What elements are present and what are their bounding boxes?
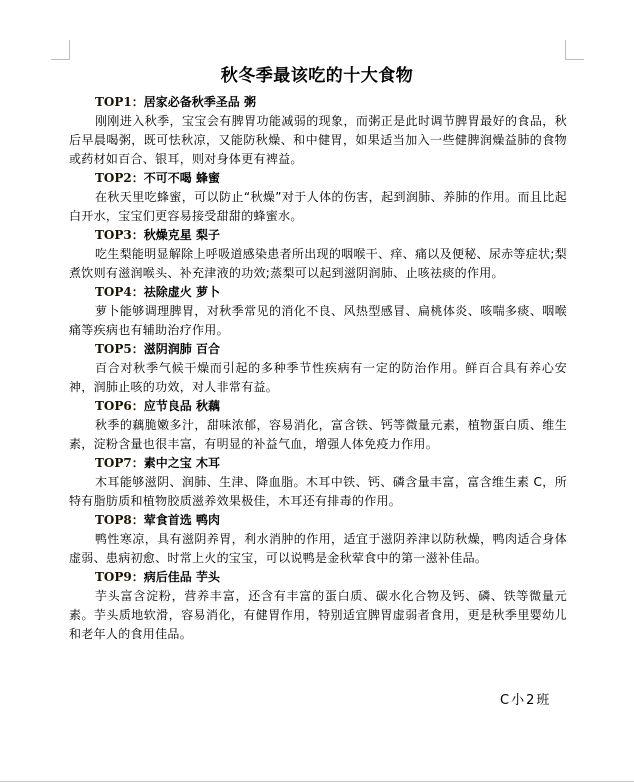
- section-heading: TOP9：病后佳品 芋头: [69, 568, 567, 587]
- section-top4: TOP4：祛除虚火 萝卜 萝卜能够调理脾胃，对秋季常见的消化不良、风热型感冒、扁…: [69, 283, 567, 340]
- section-top8: TOP8：荤食首选 鸭肉 鸭性寒凉，具有滋阴养胃，利水消肿的作用，适宜于滋阴养津…: [69, 511, 567, 568]
- heading-text: 滋阴润肺 百合: [144, 342, 220, 356]
- rank-label: TOP3：: [95, 228, 144, 242]
- rank-label: TOP8：: [95, 513, 144, 527]
- section-heading: TOP1：居家必备秋季圣品 粥: [69, 93, 567, 112]
- heading-text: 祛除虚火 萝卜: [144, 285, 220, 299]
- section-paragraph: 鸭性寒凉，具有滋阴养胃，利水消肿的作用，适宜于滋阴养津以防秋燥，鸭肉适合身体虚弱…: [69, 530, 567, 568]
- section-top7: TOP7：素中之宝 木耳 木耳能够滋阴、润肺、生津、降血脂。木耳中铁、钙、磷含量…: [69, 454, 567, 511]
- section-top2: TOP2：不可不喝 蜂蜜 在秋天里吃蜂蜜，可以防止“秋燥”对于人体的伤害，起到润…: [69, 169, 567, 226]
- section-paragraph: 秋季的藕脆嫩多汁，甜味浓郁，容易消化，富含铁、钙等微量元素，植物蛋白质、维生素，…: [69, 416, 567, 454]
- rank-label: TOP9：: [95, 570, 144, 584]
- section-paragraph: 萝卜能够调理脾胃，对秋季常见的消化不良、风热型感冒、扁桃体炎、咳喘多痰、咽喉痛等…: [69, 302, 567, 340]
- section-heading: TOP4：祛除虚火 萝卜: [69, 283, 567, 302]
- section-heading: TOP8：荤食首选 鸭肉: [69, 511, 567, 530]
- section-paragraph: 在秋天里吃蜂蜜，可以防止“秋燥”对于人体的伤害，起到润肺、养肺的作用。而且比起白…: [69, 188, 567, 226]
- heading-text: 应节良品 秋藕: [144, 399, 220, 413]
- section-top6: TOP6：应节良品 秋藕 秋季的藕脆嫩多汁，甜味浓郁，容易消化，富含铁、钙等微量…: [69, 397, 567, 454]
- heading-text: 素中之宝 木耳: [144, 456, 220, 470]
- section-heading: TOP7：素中之宝 木耳: [69, 454, 567, 473]
- margin-corner-mark-top-right: [565, 40, 584, 60]
- section-paragraph: 木耳能够滋阴、润肺、生津、降血脂。木耳中铁、钙、磷含量丰富，富含维生素 C，所特…: [69, 473, 567, 511]
- section-paragraph: 吃生梨能明显解除上呼吸道感染患者所出现的咽喉干、痒、痛以及便秘、尿赤等症状;梨煮…: [69, 245, 567, 283]
- rank-label: TOP7：: [95, 456, 144, 470]
- document-body[interactable]: TOP1：居家必备秋季圣品 粥 刚刚进入秋季，宝宝会有脾胃功能减弱的现象，而粥正…: [69, 93, 567, 644]
- class-signature[interactable]: C小2班: [500, 689, 551, 708]
- section-heading: TOP3：秋燥克星 梨子: [69, 226, 567, 245]
- margin-corner-mark-top-left: [51, 40, 70, 60]
- section-top1: TOP1：居家必备秋季圣品 粥 刚刚进入秋季，宝宝会有脾胃功能减弱的现象，而粥正…: [69, 93, 567, 169]
- section-top3: TOP3：秋燥克星 梨子 吃生梨能明显解除上呼吸道感染患者所出现的咽喉干、痒、痛…: [69, 226, 567, 283]
- section-heading: TOP2：不可不喝 蜂蜜: [69, 169, 567, 188]
- rank-label: TOP1：: [95, 95, 144, 109]
- heading-text: 居家必备秋季圣品 粥: [144, 95, 256, 109]
- heading-text: 秋燥克星 梨子: [144, 228, 220, 242]
- section-heading: TOP5：滋阴润肺 百合: [69, 340, 567, 359]
- section-paragraph: 芋头富含淀粉，营养丰富，还含有丰富的蛋白质、碳水化合物及钙、磷、铁等微量元素。芋…: [69, 587, 567, 644]
- document-title[interactable]: 秋冬季最该吃的十大食物: [0, 64, 634, 88]
- rank-label: TOP4：: [95, 285, 144, 299]
- section-top9: TOP9：病后佳品 芋头 芋头富含淀粉，营养丰富，还含有丰富的蛋白质、碳水化合物…: [69, 568, 567, 644]
- document-page: 秋冬季最该吃的十大食物 TOP1：居家必备秋季圣品 粥 刚刚进入秋季，宝宝会有脾…: [0, 0, 634, 782]
- rank-label: TOP5：: [95, 342, 144, 356]
- rank-label: TOP2：: [95, 171, 144, 185]
- heading-text: 病后佳品 芋头: [144, 570, 220, 584]
- section-paragraph: 刚刚进入秋季，宝宝会有脾胃功能减弱的现象，而粥正是此时调节脾胃最好的食品，秋后早…: [69, 112, 567, 169]
- section-paragraph: 百合对秋季气候干燥而引起的多种季节性疾病有一定的防治作用。鲜百合具有养心安神，润…: [69, 359, 567, 397]
- section-top5: TOP5：滋阴润肺 百合 百合对秋季气候干燥而引起的多种季节性疾病有一定的防治作…: [69, 340, 567, 397]
- heading-text: 荤食首选 鸭肉: [144, 513, 220, 527]
- section-heading: TOP6：应节良品 秋藕: [69, 397, 567, 416]
- rank-label: TOP6：: [95, 399, 144, 413]
- heading-text: 不可不喝 蜂蜜: [144, 171, 220, 185]
